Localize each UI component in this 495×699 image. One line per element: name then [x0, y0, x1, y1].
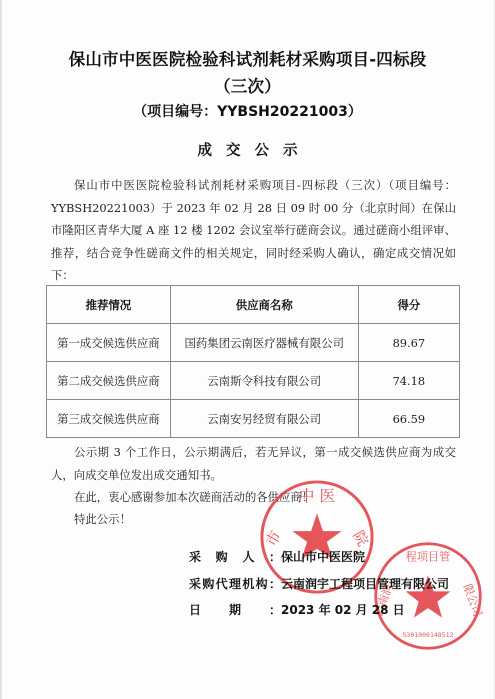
- agency-seal-icon: 程项目管 云南润 限公司 5301000148512: [372, 540, 484, 652]
- column-header-score: 得分: [358, 286, 459, 324]
- thanks-paragraph: 在此，衷心感谢参加本次磋商活动的各供应商！: [51, 486, 456, 509]
- closing-paragraph: 特此公示！: [51, 508, 456, 531]
- svg-text:限公司: 限公司: [461, 582, 484, 618]
- svg-text:市: 市: [263, 528, 285, 549]
- result-table: 推荐情况 供应商名称 得分 第一成交候选供应商 国药集团云南医疗器械有限公司 8…: [46, 285, 460, 438]
- table-row: 第三成交候选供应商 云南安另经贸有限公司 66.59: [47, 400, 460, 438]
- purchaser-value: 保山市中医医院: [281, 550, 365, 564]
- date-value: 2023 年 02 月 28 日: [281, 603, 405, 617]
- agency-value: 云南润宇工程项目管理有限公司: [281, 577, 449, 591]
- score-cell: 74.18: [358, 362, 459, 400]
- table-row: 第二成交候选供应商 云南斯令科技有限公司 74.18: [47, 362, 460, 400]
- project-number: （项目编号：YYBSH20221003）: [0, 101, 495, 121]
- recommendation-cell: 第三成交候选供应商: [47, 400, 171, 438]
- recommendation-cell: 第二成交候选供应商: [47, 362, 171, 400]
- supplier-cell: 云南安另经贸有限公司: [170, 400, 358, 438]
- table-row: 第一成交候选供应商 国药集团云南医疗器械有限公司 89.67: [47, 324, 460, 362]
- supplier-cell: 国药集团云南医疗器械有限公司: [170, 324, 358, 362]
- column-header-supplier: 供应商名称: [170, 286, 358, 324]
- supplier-cell: 云南斯令科技有限公司: [170, 362, 358, 400]
- svg-text:院: 院: [349, 528, 371, 549]
- column-header-recommendation: 推荐情况: [47, 286, 171, 324]
- agency-label: 采购代理机构：: [189, 575, 281, 592]
- purchaser-line: 采购人：保山市中医医院: [189, 548, 365, 565]
- announcement-heading: 成交公示: [0, 139, 495, 160]
- agency-line: 采购代理机构：云南润宇工程项目管理有限公司: [189, 575, 449, 592]
- recommendation-cell: 第一成交候选供应商: [47, 324, 171, 362]
- purchaser-label: 采购人：: [189, 548, 281, 565]
- table-header-row: 推荐情况 供应商名称 得分: [47, 286, 460, 324]
- score-cell: 66.59: [358, 400, 459, 438]
- svg-text:程项目管: 程项目管: [406, 550, 451, 564]
- intro-paragraph: 保山市中医医院检验科试剂耗材采购项目-四标段（三次）（项目编号：YYBSH202…: [51, 174, 456, 287]
- document-title: 保山市中医医院检验科试剂耗材采购项目-四标段: [0, 46, 495, 70]
- date-line: 日期：2023 年 02 月 28 日: [189, 601, 405, 618]
- document-title-suffix: （三次）: [0, 73, 495, 97]
- notice-paragraph: 公示期 3 个工作日，公示期满后，若无异议，第一成交候选供应商为成交人，向成交单…: [51, 441, 456, 486]
- score-cell: 89.67: [358, 324, 459, 362]
- date-label: 日期：: [189, 601, 281, 618]
- svg-text:5301000148512: 5301000148512: [403, 631, 454, 639]
